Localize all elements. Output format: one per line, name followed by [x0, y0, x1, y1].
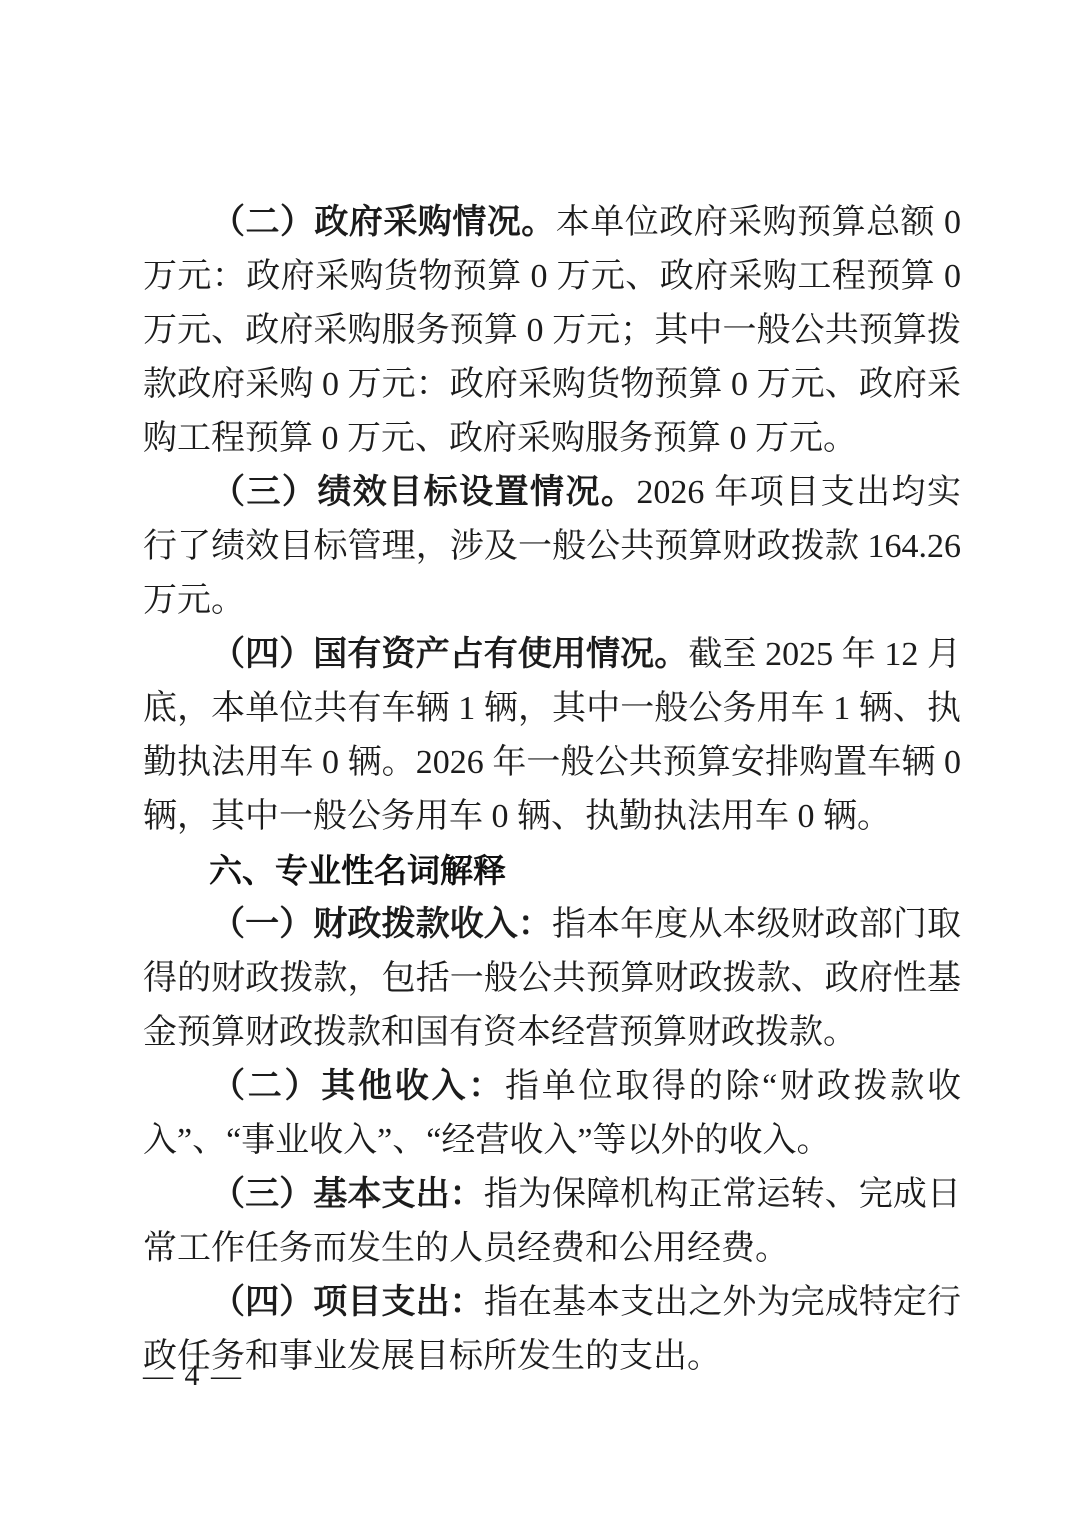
- paragraph-lead: （四）项目支出：: [211, 1284, 484, 1321]
- paragraph-state-owned-assets: （四）国有资产占有使用情况。截至 2025 年 12 月底，本单位共有车辆 1 …: [143, 628, 961, 844]
- paragraph-term-basic-expenditure: （三）基本支出：指为保障机构正常运转、完成日常工作任务而发生的人员经费和公用经费…: [143, 1168, 961, 1276]
- paragraph-lead: （四）国有资产占有使用情况。: [211, 636, 688, 673]
- page-footer: — 4 —: [143, 1356, 243, 1396]
- paragraph-text: 本单位政府采购预算总额 0 万元：政府采购货物预算 0 万元、政府采购工程预算 …: [143, 204, 961, 457]
- document-body: （二）政府采购情况。本单位政府采购预算总额 0 万元：政府采购货物预算 0 万元…: [143, 196, 961, 1384]
- page-number: — 4 —: [143, 1359, 243, 1392]
- paragraph-government-procurement: （二）政府采购情况。本单位政府采购预算总额 0 万元：政府采购货物预算 0 万元…: [143, 196, 961, 466]
- paragraph-term-project-expenditure: （四）项目支出：指在基本支出之外为完成特定行政任务和事业发展目标所发生的支出。: [143, 1276, 961, 1384]
- paragraph-lead: （二）政府采购情况。: [211, 204, 556, 241]
- paragraph-term-other-income: （二）其他收入：指单位取得的除“财政拨款收入”、“事业收入”、“经营收入”等以外…: [143, 1060, 961, 1168]
- paragraph-term-fiscal-appropriation: （一）财政拨款收入：指本年度从本级财政部门取得的财政拨款，包括一般公共预算财政拨…: [143, 898, 961, 1060]
- paragraph-lead: （三）绩效目标设置情况。: [211, 474, 636, 511]
- paragraph-performance-targets: （三）绩效目标设置情况。2026 年项目支出均实行了绩效目标管理，涉及一般公共预…: [143, 466, 961, 628]
- paragraph-lead: （三）基本支出：: [211, 1176, 484, 1213]
- section-heading-terms: 六、专业性名词解释: [143, 844, 961, 898]
- paragraph-lead: （二）其他收入：: [211, 1068, 505, 1105]
- document-page: （二）政府采购情况。本单位政府采购预算总额 0 万元：政府采购货物预算 0 万元…: [0, 0, 1074, 1520]
- paragraph-lead: （一）财政拨款收入：: [211, 906, 552, 943]
